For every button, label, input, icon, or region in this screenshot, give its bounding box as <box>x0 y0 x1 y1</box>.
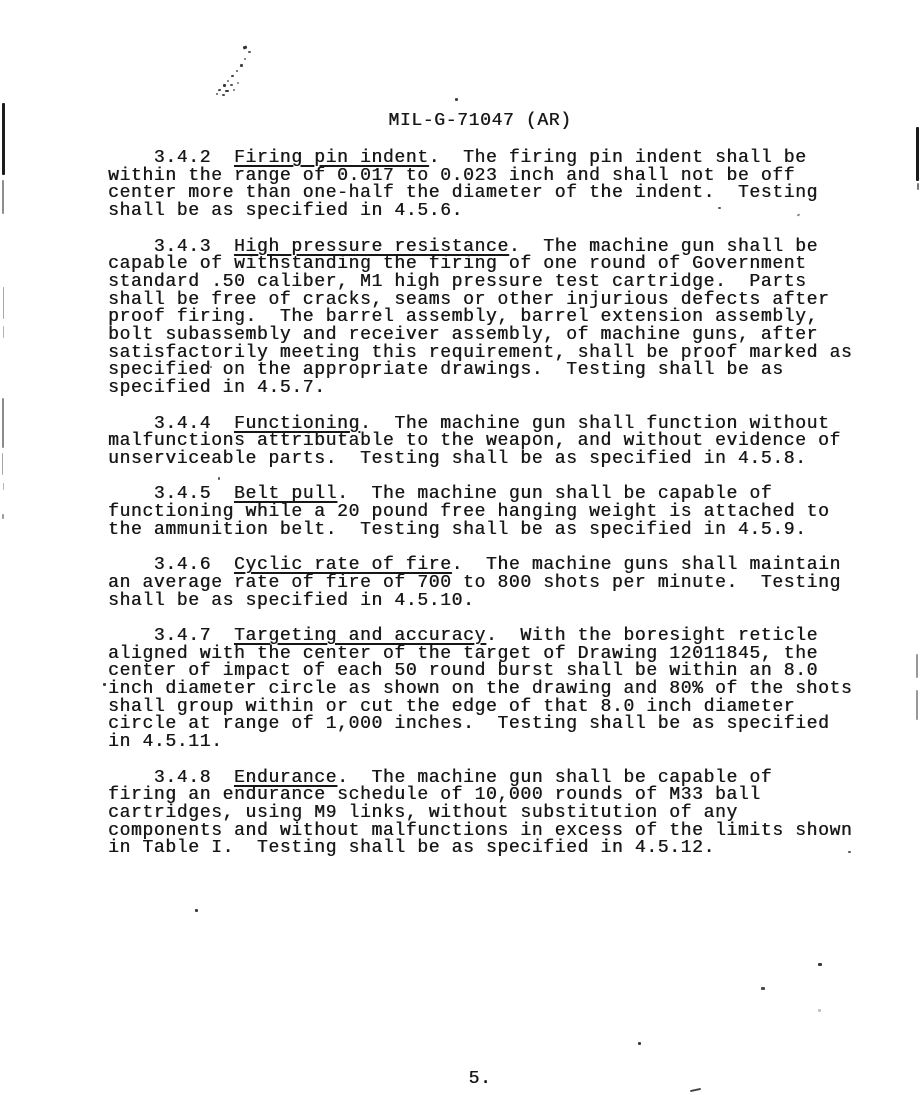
ink-speck <box>230 84 233 86</box>
ink-speck <box>916 690 918 720</box>
spec-section: 3.4.2 Firing pin indent. The firing pin … <box>108 150 898 221</box>
ink-speck <box>195 909 198 912</box>
spec-paragraph: 3.4.6 Cyclic rate of fire. The machine g… <box>108 557 898 610</box>
ink-speck <box>231 75 234 78</box>
ink-speck <box>638 1042 641 1045</box>
spec-paragraph: 3.4.5 Belt pull. The machine gun shall b… <box>108 486 898 539</box>
ink-speck <box>223 84 226 87</box>
section-body-lines: capable of withstanding the firing of on… <box>108 254 852 398</box>
ink-speck <box>2 103 5 175</box>
spec-section: 3.4.3 High pressure resistance. The mach… <box>108 239 898 398</box>
ink-speck <box>455 98 458 101</box>
ink-speck <box>222 94 225 96</box>
spec-paragraph: 3.4.7 Targeting and accuracy. With the b… <box>108 628 898 752</box>
ink-speck <box>2 514 4 519</box>
section-body-lines: an average rate of fire of 700 to 800 sh… <box>108 573 841 611</box>
section-body-lines: firing an endurance schedule of 10,000 r… <box>108 785 852 858</box>
spec-section: 3.4.4 Functioning. The machine gun shall… <box>108 416 898 469</box>
ink-speck <box>236 70 238 72</box>
section-body-lines: malfunctions attributable to the weapon,… <box>108 431 841 469</box>
ink-speck <box>244 58 246 60</box>
ink-speck <box>3 287 4 319</box>
ink-speck <box>237 82 239 84</box>
spec-paragraph: 3.4.3 High pressure resistance. The mach… <box>108 239 898 398</box>
ink-speck <box>225 90 229 92</box>
spec-section: 3.4.7 Targeting and accuracy. With the b… <box>108 628 898 752</box>
document-body: 3.4.2 Firing pin indent. The firing pin … <box>108 150 898 876</box>
ink-speck <box>2 180 4 214</box>
ink-speck <box>216 93 218 95</box>
ink-speck <box>227 80 229 82</box>
scanned-document-page: MIL-G-71047 (AR) 3.4.2 Firing pin indent… <box>0 0 920 1095</box>
ink-speck <box>248 51 251 53</box>
ink-speck <box>240 64 243 67</box>
ink-speck <box>917 183 919 190</box>
ink-speck <box>233 89 235 91</box>
ink-speck <box>916 654 918 678</box>
spec-section: 3.4.5 Belt pull. The machine gun shall b… <box>108 486 898 539</box>
ink-speck <box>761 987 765 990</box>
ink-speck <box>2 453 3 475</box>
ink-speck <box>818 1009 821 1012</box>
section-body-lines: within the range of 0.017 to 0.023 inch … <box>108 166 818 221</box>
spec-paragraph: 3.4.4 Functioning. The machine gun shall… <box>108 416 898 469</box>
ink-speck <box>2 398 4 448</box>
ink-speck <box>3 483 4 490</box>
page-number: 5. <box>108 1071 852 1089</box>
doc-number-header: MIL-G-71047 (AR) <box>108 113 852 131</box>
ink-speck <box>218 89 221 91</box>
spec-paragraph: 3.4.2 Firing pin indent. The firing pin … <box>108 150 898 221</box>
spec-section: 3.4.6 Cyclic rate of fire. The machine g… <box>108 557 898 610</box>
spec-paragraph: 3.4.8 Endurance. The machine gun shall b… <box>108 770 898 859</box>
spec-section: 3.4.8 Endurance. The machine gun shall b… <box>108 770 898 859</box>
ink-speck <box>916 127 919 181</box>
ink-speck <box>3 326 4 338</box>
section-body-lines: aligned with the center of the target of… <box>108 644 852 753</box>
ink-speck <box>818 963 822 966</box>
ink-speck <box>103 683 106 686</box>
section-body-lines: functioning while a 20 pound free hangin… <box>108 502 829 540</box>
ink-speck <box>243 45 248 49</box>
